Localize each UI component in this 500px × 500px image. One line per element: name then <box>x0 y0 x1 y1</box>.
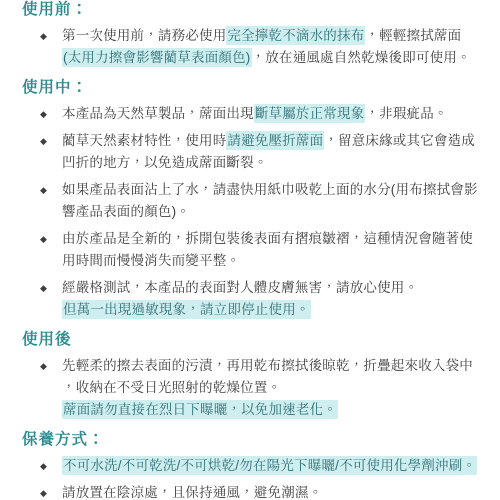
bullet-line: 凹折的地方，以免造成蓆面斷裂。 <box>62 152 484 174</box>
text-segment: 凹折的地方，以免造成蓆面斷裂。 <box>62 155 268 170</box>
bullet-item: ◆先輕柔的擦去表面的污漬，再用乾布擦拭後晾乾，折疊起來收入袋中，收納在不受日光照… <box>22 355 484 421</box>
highlighted-segment: 蓆面請勿直接在烈日下曝曬，以免加速老化。 <box>62 400 338 419</box>
text-segment: 由於產品是全新的，拆開包裝後表面有摺痕皺褶，這種情況會隨著使 <box>62 231 473 246</box>
bullet-item: ◆本產品為天然草製品，蓆面出現斷草屬於正常現象，非瑕疵品。 <box>22 103 484 125</box>
section-during-use: 使用中：◆本產品為天然草製品，蓆面出現斷草屬於正常現象，非瑕疵品。◆藺草天然素材… <box>22 78 484 321</box>
bullet-line: 響產品表面的顏色)。 <box>62 201 484 223</box>
highlighted-segment: 斷草屬於正常現象 <box>254 104 366 123</box>
bullet-line: 先輕柔的擦去表面的污漬，再用乾布擦拭後晾乾，折疊起來收入袋中 <box>62 355 484 377</box>
section-title-before-use: 使用前： <box>22 0 484 20</box>
bullet-text: 藺草天然素材特性，使用時請避免壓折蓆面，留意床緣或其它會造成凹折的地方，以免造成… <box>62 130 484 174</box>
bullet-text: 經嚴格測試，本產品的表面對人體皮膚無害，請放心使用。但萬一出現過敏現象，請立即停… <box>62 277 484 321</box>
text-segment: 如果產品表面沾上了水，請盡快用紙巾吸乾上面的水分(用布擦拭會影 <box>62 182 478 197</box>
instructions-document: 使用前：◆第一次使用前，請務必使用完全擰乾不滴水的抹布，輕輕擦拭蓆面(太用力擦會… <box>0 0 500 500</box>
bullet-text: 請放置在陰涼處，且保持通風，避免潮濕。 <box>62 482 484 500</box>
bullet-item: ◆不可水洗/不可乾洗/不可烘乾/勿在陽光下曝曬/不可使用化學劑沖刷。 <box>22 455 484 477</box>
bullet-line: 用時間而慢慢消失而變平整。 <box>62 250 484 272</box>
bullet-line: 第一次使用前，請務必使用完全擰乾不滴水的抹布，輕輕擦拭蓆面 <box>62 25 484 47</box>
text-segment: 用時間而慢慢消失而變平整。 <box>62 253 240 268</box>
text-segment: 本產品為天然草製品，蓆面出現 <box>62 106 254 121</box>
text-segment: ，放在通風處自然乾燥後即可使用。 <box>252 50 471 65</box>
bullet-line: 蓆面請勿直接在烈日下曝曬，以免加速老化。 <box>62 399 484 421</box>
diamond-bullet-icon: ◆ <box>40 482 62 500</box>
diamond-bullet-icon: ◆ <box>40 103 62 125</box>
diamond-bullet-icon: ◆ <box>40 130 62 152</box>
bullet-line: 藺草天然素材特性，使用時請避免壓折蓆面，留意床緣或其它會造成 <box>62 130 484 152</box>
bullet-line: 本產品為天然草製品，蓆面出現斷草屬於正常現象，非瑕疵品。 <box>62 103 484 125</box>
bullet-text: 本產品為天然草製品，蓆面出現斷草屬於正常現象，非瑕疵品。 <box>62 103 484 125</box>
diamond-bullet-icon: ◆ <box>40 25 62 47</box>
text-segment: ，非瑕疵品。 <box>365 106 447 121</box>
text-segment: 先輕柔的擦去表面的污漬，再用乾布擦拭後晾乾，折疊起來收入袋中 <box>62 358 473 373</box>
section-title-after-use: 使用後 <box>22 330 484 350</box>
highlighted-segment: 不可水洗/不可乾洗/不可烘乾/勿在陽光下曝曬/不可使用化學劑沖刷。 <box>62 456 477 475</box>
bullet-line: 請放置在陰涼處，且保持通風，避免潮濕。 <box>62 482 484 500</box>
bullet-text: 不可水洗/不可乾洗/不可烘乾/勿在陽光下曝曬/不可使用化學劑沖刷。 <box>62 455 484 477</box>
bullet-line: 如果產品表面沾上了水，請盡快用紙巾吸乾上面的水分(用布擦拭會影 <box>62 179 484 201</box>
bullet-item: ◆藺草天然素材特性，使用時請避免壓折蓆面，留意床緣或其它會造成凹折的地方，以免造… <box>22 130 484 174</box>
text-segment: ，輕輕擦拭蓆面 <box>365 28 461 43</box>
highlighted-segment: 完全擰乾不滴水的抹布 <box>226 26 365 45</box>
section-title-during-use: 使用中： <box>22 78 484 98</box>
diamond-bullet-icon: ◆ <box>40 179 62 201</box>
bullet-item: ◆如果產品表面沾上了水，請盡快用紙巾吸乾上面的水分(用布擦拭會影響產品表面的顏色… <box>22 179 484 223</box>
text-segment: 響產品表面的顏色)。 <box>62 204 190 219</box>
bullet-item: ◆由於產品是全新的，拆開包裝後表面有摺痕皺褶，這種情況會隨著使用時間而慢慢消失而… <box>22 228 484 272</box>
highlighted-segment: (太用力擦會影響藺草表面顏色) <box>62 48 252 67</box>
diamond-bullet-icon: ◆ <box>40 228 62 250</box>
bullet-text: 由於產品是全新的，拆開包裝後表面有摺痕皺褶，這種情況會隨著使用時間而慢慢消失而變… <box>62 228 484 272</box>
text-segment: 第一次使用前，請務必使用 <box>62 28 226 43</box>
text-segment: 經嚴格測試，本產品的表面對人體皮膚無害，請放心使用。 <box>62 280 418 295</box>
bullet-line: ，收納在不受日光照射的乾燥位置。 <box>62 377 484 399</box>
diamond-bullet-icon: ◆ <box>40 277 62 299</box>
section-after-use: 使用後◆先輕柔的擦去表面的污漬，再用乾布擦拭後晾乾，折疊起來收入袋中，收納在不受… <box>22 330 484 421</box>
text-segment: 藺草天然素材特性，使用時 <box>62 133 226 148</box>
diamond-bullet-icon: ◆ <box>40 455 62 477</box>
bullet-text: 第一次使用前，請務必使用完全擰乾不滴水的抹布，輕輕擦拭蓆面(太用力擦會影響藺草表… <box>62 25 484 69</box>
highlighted-segment: 但萬一出現過敏現象，請立即停止使用。 <box>62 300 311 319</box>
bullet-line: 但萬一出現過敏現象，請立即停止使用。 <box>62 299 484 321</box>
bullet-line: 不可水洗/不可乾洗/不可烘乾/勿在陽光下曝曬/不可使用化學劑沖刷。 <box>62 455 484 477</box>
bullet-line: 經嚴格測試，本產品的表面對人體皮膚無害，請放心使用。 <box>62 277 484 299</box>
bullet-line: 由於產品是全新的，拆開包裝後表面有摺痕皺褶，這種情況會隨著使 <box>62 228 484 250</box>
section-before-use: 使用前：◆第一次使用前，請務必使用完全擰乾不滴水的抹布，輕輕擦拭蓆面(太用力擦會… <box>22 0 484 69</box>
diamond-bullet-icon: ◆ <box>40 355 62 377</box>
bullet-item: ◆第一次使用前，請務必使用完全擰乾不滴水的抹布，輕輕擦拭蓆面(太用力擦會影響藺草… <box>22 25 484 69</box>
bullet-text: 先輕柔的擦去表面的污漬，再用乾布擦拭後晾乾，折疊起來收入袋中，收納在不受日光照射… <box>62 355 484 421</box>
text-segment: ，收納在不受日光照射的乾燥位置。 <box>62 380 281 395</box>
bullet-item: ◆經嚴格測試，本產品的表面對人體皮膚無害，請放心使用。但萬一出現過敏現象，請立即… <box>22 277 484 321</box>
text-segment: 請放置在陰涼處，且保持通風，避免潮濕。 <box>62 485 322 500</box>
bullet-line: (太用力擦會影響藺草表面顏色)，放在通風處自然乾燥後即可使用。 <box>62 47 484 69</box>
section-care-instructions: 保養方式：◆不可水洗/不可乾洗/不可烘乾/勿在陽光下曝曬/不可使用化學劑沖刷。◆… <box>22 430 484 500</box>
highlighted-segment: 請避免壓折蓆面 <box>226 131 324 150</box>
bullet-text: 如果產品表面沾上了水，請盡快用紙巾吸乾上面的水分(用布擦拭會影響產品表面的顏色)… <box>62 179 484 223</box>
bullet-item: ◆請放置在陰涼處，且保持通風，避免潮濕。 <box>22 482 484 500</box>
text-segment: ，留意床緣或其它會造成 <box>324 133 475 148</box>
section-title-care-instructions: 保養方式： <box>22 430 484 450</box>
